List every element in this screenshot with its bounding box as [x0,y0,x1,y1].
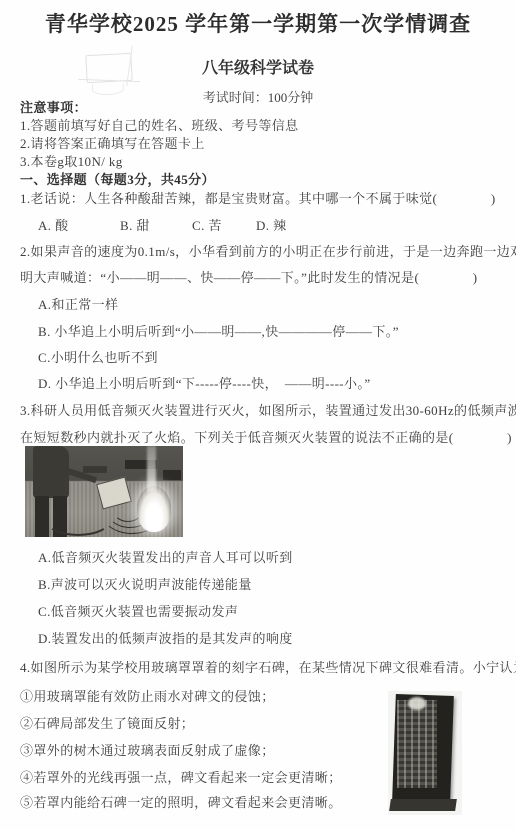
question-3-option-a: A.低音频灭火装置发出的声音人耳可以听到 [38,549,293,567]
stele-engraved-panel [397,700,437,788]
question-2-option-d: D. 小华追上小明后听到“下-----停----快， ——明----小。” [38,375,371,393]
question-1-option-a: A. 酸 [38,217,69,235]
question-4-point-1: ①用玻璃罩能有效防止雨水对碑文的侵蚀； [20,688,275,706]
question-3-option-d: D.装置发出的低频声波指的是其发声的响度 [38,630,293,648]
wall-vent-shape [163,470,181,480]
stele-highlight-blotch [408,697,426,710]
question-4-stem: 4.如图所示为某学校用玻璃罩罩着的刻字石碑，在某些情况下碑文很难看清。小宁认为： [20,659,516,677]
question-2-stem-line1: 2.如果声音的速度为0.1m/s，小华看到前方的小明正在步行前进，于是一边奔跑一… [20,243,516,261]
section-heading: 一、选择题（每题3分，共45分） [20,171,215,189]
stele-base-shape [389,799,457,811]
question-4-point-2: ②石碑局部发生了镜面反射； [20,715,194,733]
fire-extinguisher-photo [25,446,183,537]
question-3-option-c: C.低音频灭火装置也需要振动发声 [38,603,238,621]
question-1-option-c: C. 苦 [192,217,222,235]
question-1-option-d: D. 辣 [256,217,287,235]
question-3-option-b: B.声波可以灭火说明声波能传递能量 [38,576,252,594]
stone-tablet-photo [388,691,462,815]
question-3-stem-line2: 在短短数秒内就扑灭了火焰。下列关于低音频灭火装置的说法不正确的是( ) [20,429,512,447]
question-4-point-4: ④若罩外的光线再强一点，碑文看起来一定会更清晰； [20,769,342,787]
question-4-point-5: ⑤若罩内能给石碑一定的照明，碑文看起来会更清晰。 [20,794,342,812]
question-1-stem: 1.老话说：人生各种酸甜苦辣，都是宝贵财富。其中哪一个不属于味觉( ) [20,190,496,208]
question-1-option-b: B. 甜 [120,217,150,235]
note-item-1: 1.答题前填写好自己的姓名、班级、考号等信息 [20,117,299,135]
page-title: 青华学校2025 学年第一学期第一次学情调查 [0,8,516,38]
paper-subtitle: 八年级科学试卷 [0,55,516,78]
exam-paper-page: 青华学校2025 学年第一学期第一次学情调查 八年级科学试卷 考试时间：100分… [0,0,516,830]
question-2-option-c: C.小明什么也听不到 [38,349,158,367]
question-2-stem-line2: 明大声喊道：“小——明——、快——停——下。”此时发生的情况是( ) [20,269,478,287]
note-item-2: 2.请将答案正确填写在答题卡上 [20,135,205,153]
question-3-stem-line1: 3.科研人员用低音频灭火装置进行灭火，如图所示，装置通过发出30-60Hz的低频… [20,402,516,420]
question-2-option-b: B. 小华追上小明后听到“小——明——,快————停——下。” [38,323,399,341]
flame-shape [137,486,171,532]
notes-heading: 注意事项： [20,99,87,117]
note-item-3: 3.本卷g取10N/ kg [20,153,123,171]
wall-vent-shape [83,466,107,473]
question-4-point-3: ③罩外的树木通过玻璃表面反射成了虚像； [20,742,275,760]
question-2-option-a: A.和正常一样 [38,296,118,314]
